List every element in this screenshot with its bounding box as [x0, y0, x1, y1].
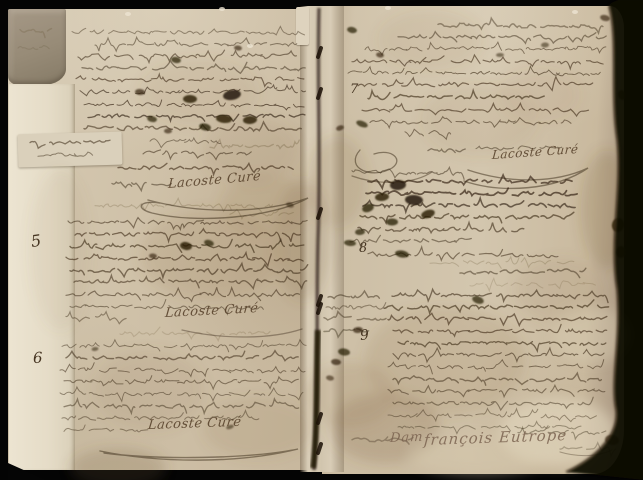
binding-gutter — [300, 6, 344, 472]
top-left-patch — [8, 9, 66, 85]
margin-entry-number: 6 — [33, 348, 43, 366]
margin-entry-number: 8 — [359, 240, 368, 255]
scanned-register-spread: 56789Lacoste CuréLacoste CuréLacoste Cur… — [0, 0, 643, 480]
gutter-repair-tab — [296, 7, 309, 45]
right-page — [322, 6, 624, 474]
attestation-prefix: Dam — [389, 430, 424, 446]
margin-entry-number: 9 — [359, 327, 369, 344]
margin-entry-number: 7 — [350, 82, 358, 97]
margin-note-slip — [18, 132, 123, 168]
